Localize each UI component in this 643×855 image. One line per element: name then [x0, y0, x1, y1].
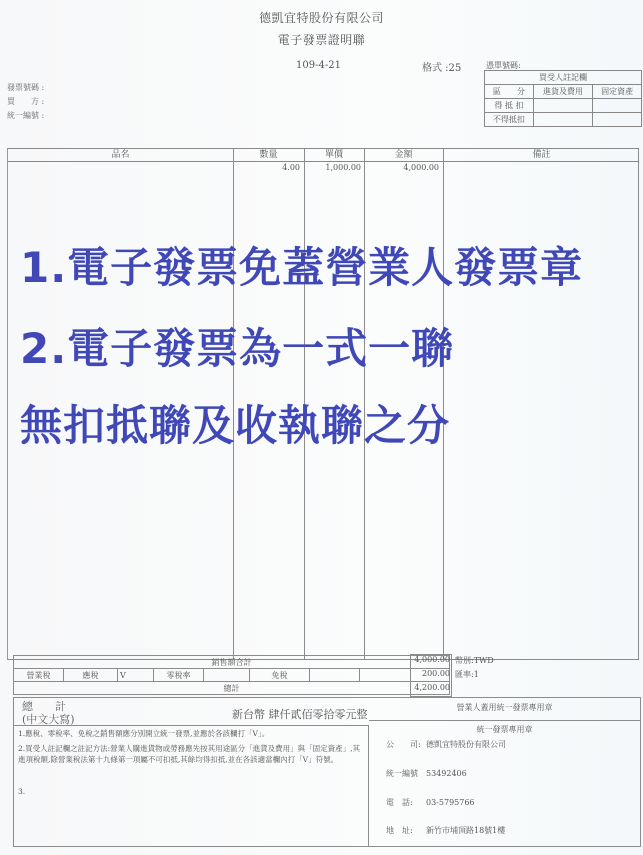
stamp-address: 地 址:新竹市埔頂路18號1樓 [386, 825, 505, 836]
note-3: 3. [18, 786, 363, 797]
stamp-address-label: 地 址: [386, 825, 426, 836]
amount-in-words: 新台幣 肆仟貳佰零拾零元整 [232, 706, 368, 722]
exempt-mark [310, 669, 360, 682]
amount-in-words-label-line1: 總 計 [22, 700, 75, 713]
invoice-page: 德凱宜特股份有限公司 電子發票證明聯 109-4-21 格式 :25 憑單號碼:… [0, 0, 643, 855]
exempt-label: 免稅 [250, 669, 310, 682]
notice-line-3: 無扣抵聯及收執聯之分 [20, 402, 450, 450]
amounts-box [410, 654, 452, 697]
invoice-number-label: 發票號碼 : [7, 82, 44, 93]
buyer-note-row-deductible: 得 抵 扣 [485, 99, 534, 113]
header-amount: 金額 [364, 149, 443, 162]
sales-total-label: 銷售額合計 [14, 656, 450, 669]
currency: 幣別:TWD [455, 655, 494, 666]
stamp-company: 公 司:德凱宜特股份有限公司 [386, 739, 506, 750]
totals-table: 銷售額合計 營業稅 應稅 V 零稅率 免稅 總計 [13, 655, 450, 695]
header-remark: 備註 [443, 149, 640, 162]
buyer-note-table: 買受人註記欄 區 分 進貨及費用 固定資產 得 抵 扣 不得抵扣 [484, 70, 642, 127]
buyer-note-cell [533, 99, 592, 113]
taxable-label: 應稅 [64, 669, 118, 682]
zero-rate-label: 零稅率 [154, 669, 204, 682]
buyer-label: 買 方 : [7, 96, 44, 107]
tax-id-label: 統一編號 : [7, 110, 44, 121]
note-2: 2.買受人註記欄之註記方法:營業人購進貨物或勞務應先按其用途區分「進貨及費用」與… [18, 743, 363, 765]
stamp-tax-id-value: 53492406 [426, 769, 467, 778]
note-1: 1.應稅、零稅率、免稅之銷售額應分別開立統一發票,並應於各該欄打「V」。 [18, 728, 363, 739]
zero-rate-mark [204, 669, 250, 682]
stamp-phone: 電 話:03-5795766 [386, 797, 475, 808]
invoice-date: 109-4-21 [296, 60, 341, 71]
buyer-note-col-purchase: 進貨及費用 [533, 85, 592, 99]
format-code: 格式 :25 [422, 59, 461, 74]
header-quantity: 數量 [233, 149, 304, 162]
buyer-note-col-category: 區 分 [485, 85, 534, 99]
stamp-area-title: 營業人蓋用統一發票專用章 [369, 702, 640, 713]
buyer-note-cell [533, 113, 592, 127]
stamp-company-value: 德凱宜特股份有限公司 [426, 740, 506, 749]
buyer-note-cell [593, 113, 642, 127]
exchange-rate: 匯率:1 [455, 669, 479, 680]
stamp-phone-value: 03-5795766 [426, 798, 475, 807]
business-tax-label: 營業稅 [14, 669, 64, 682]
company-name: 德凱宜特股份有限公司 [0, 9, 643, 26]
notes-box: 1.應稅、零稅率、免稅之銷售額應分別開立統一發票,並應於各該欄打「V」。 2.買… [14, 725, 369, 846]
header-item-name: 品名 [8, 149, 233, 162]
notice-line-2: 2.電子發票為一式一聯 [20, 325, 454, 373]
invoice-stamp: 統一發票專用章 公 司:德凱宜特股份有限公司 統一編號53492406 電 話:… [369, 720, 640, 846]
footer-section: 總 計 (中文大寫) 新台幣 肆仟貳佰零拾零元整 1.應稅、零稅率、免稅之銷售額… [13, 697, 641, 847]
buyer-note-col-fixed-asset: 固定資產 [593, 85, 642, 99]
item-quantity: 4.00 [233, 163, 300, 172]
buyer-note-title: 買受人註記欄 [485, 71, 642, 85]
document-title: 電子發票證明聯 [0, 31, 643, 48]
stamp-company-label: 公 司: [386, 739, 426, 750]
buyer-note-cell [593, 99, 642, 113]
item-amount: 4,000.00 [364, 163, 439, 172]
stamp-heading: 統一發票專用章 [369, 724, 640, 735]
taxable-mark: V [118, 669, 154, 682]
grand-total-label: 總計 [14, 682, 450, 695]
buyer-note-row-non-deductible: 不得抵扣 [485, 113, 534, 127]
notice-line-1: 1.電子發票免蓋營業人發票章 [20, 244, 583, 292]
header-unit-price: 單價 [304, 149, 364, 162]
stamp-tax-id-label: 統一編號 [386, 768, 426, 779]
stamp-address-value: 新竹市埔頂路18號1樓 [426, 826, 505, 835]
stamp-tax-id: 統一編號53492406 [386, 768, 467, 779]
stamp-phone-label: 電 話: [386, 797, 426, 808]
amount-in-words-label: 總 計 (中文大寫) [22, 700, 75, 726]
item-unit-price: 1,000.00 [304, 163, 361, 172]
